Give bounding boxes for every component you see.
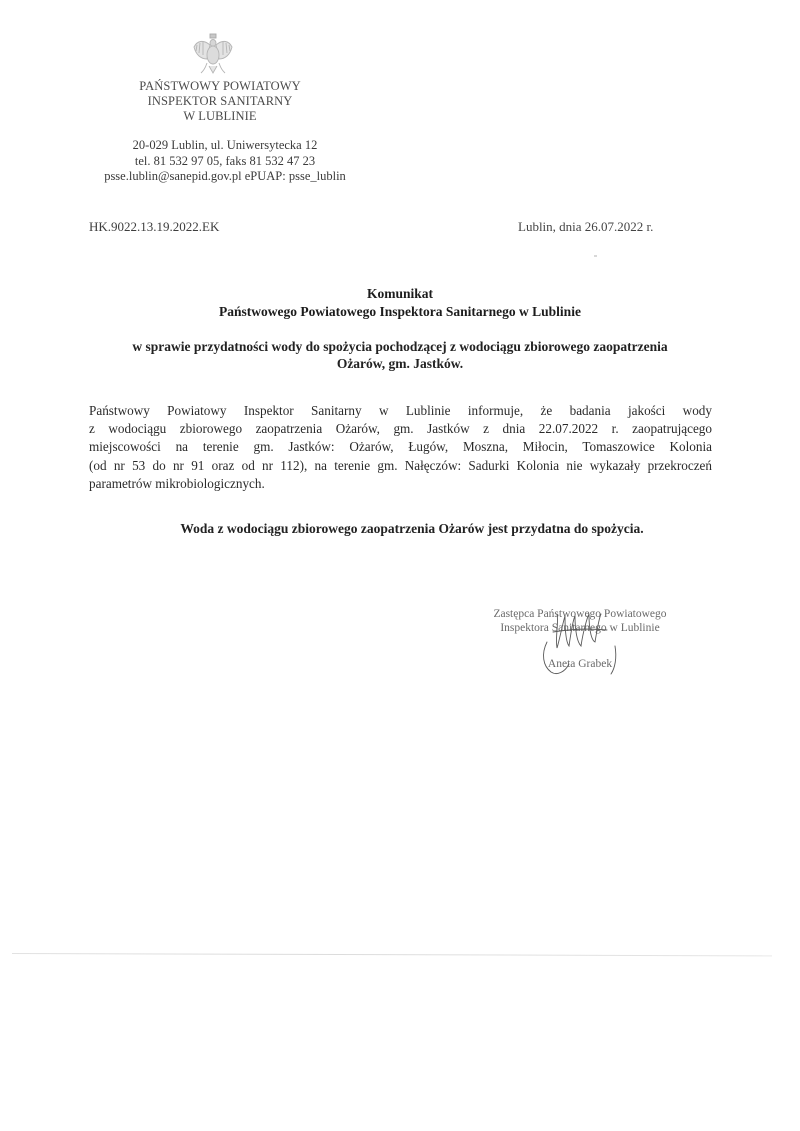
- phone-fax-line: tel. 81 532 97 05, faks 81 532 47 23: [80, 154, 370, 170]
- address-line: 20-029 Lublin, ul. Uniwersytecka 12: [80, 138, 370, 154]
- body-line: Państwowy Powiatowy Inspektor Sanitarny …: [89, 402, 712, 420]
- communique-title: Komunikat Państwowego Powiatowego Inspek…: [100, 285, 700, 321]
- scan-speck: [594, 255, 597, 257]
- document-page: PAŃSTWOWY POWIATOWY INSPEKTOR SANITARNY …: [0, 0, 800, 1131]
- office-name-line: PAŃSTWOWY POWIATOWY: [110, 79, 330, 94]
- place-and-date: Lublin, dnia 26.07.2022 r.: [518, 219, 653, 235]
- contact-info: 20-029 Lublin, ul. Uniwersytecka 12 tel.…: [80, 138, 370, 185]
- email-epuap-line: psse.lublin@sanepid.gov.pl ePUAP: psse_l…: [80, 169, 370, 185]
- polish-eagle-emblem-icon: [191, 33, 235, 75]
- body-line: parametrów mikrobiologicznych.: [89, 475, 712, 493]
- body-line: miejscowości na terenie gm. Jastków: Oża…: [89, 438, 712, 456]
- subject-line: Ożarów, gm. Jastków.: [100, 355, 700, 372]
- office-name: PAŃSTWOWY POWIATOWY INSPEKTOR SANITARNY …: [110, 79, 330, 124]
- case-reference-number: HK.9022.13.19.2022.EK: [89, 219, 219, 235]
- communique-subject: w sprawie przydatności wody do spożycia …: [100, 338, 700, 372]
- body-line: (od nr 53 do nr 91 oraz od nr 112), na t…: [89, 457, 712, 475]
- conclusion-statement: Woda z wodociągu zbiorowego zaopatrzenia…: [100, 521, 724, 537]
- subject-line: w sprawie przydatności wody do spożycia …: [100, 338, 700, 355]
- body-line: z wodociągu zbiorowego zaopatrzenia Ożar…: [89, 420, 712, 438]
- handwritten-signature-icon: [535, 602, 625, 680]
- office-name-line: INSPEKTOR SANITARNY: [110, 94, 330, 109]
- body-paragraph: Państwowy Powiatowy Inspektor Sanitarny …: [89, 402, 712, 493]
- office-name-line: W LUBLINIE: [110, 109, 330, 124]
- title-heading: Komunikat: [100, 285, 700, 303]
- page-divider-line: [12, 953, 772, 956]
- title-issuer: Państwowego Powiatowego Inspektora Sanit…: [100, 303, 700, 321]
